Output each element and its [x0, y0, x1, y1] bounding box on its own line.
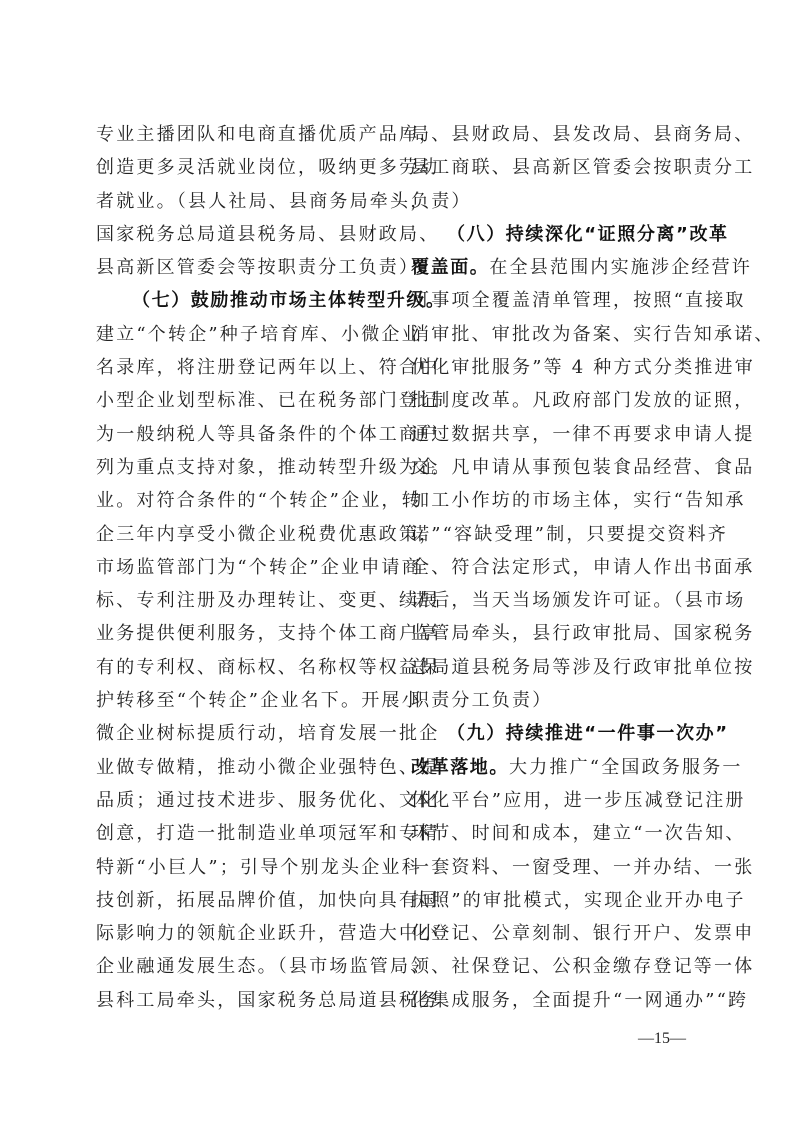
- text-line: 化登记、公章刻制、银行开户、发票申: [411, 917, 701, 950]
- text-line: 化集成服务，全面提升“一网通办”“跨: [411, 984, 701, 1017]
- text-line: 业。对符合条件的“个转企”企业，转: [96, 484, 386, 517]
- text-line: 交。凡申请从事预包装食品经营、食品: [411, 451, 701, 484]
- text-line: 建立“个转企”种子培育库、小微企业: [96, 318, 386, 351]
- text-run: 在全县范围内实施涉企经营许: [489, 257, 752, 278]
- section-heading-9-end: 改革落地。: [411, 757, 509, 778]
- text-line: 环节、时间和成本，建立“一次告知、: [411, 817, 701, 850]
- text-run: 大力推广“全国政务服务一: [509, 757, 743, 778]
- text-line: 执照”的审批模式，实现企业开办电子: [411, 884, 701, 917]
- text-line: 名录库，将注册登记两年以上、符合中: [96, 351, 386, 384]
- text-line: 全、符合法定形式，申请人作出书面承: [411, 551, 701, 584]
- text-line: 企业融通发展生态。（县市场监管局、: [96, 950, 386, 983]
- text-line: 总局道县税务局等涉及行政审批单位按: [411, 651, 701, 684]
- text-line: 改革落地。大力推广“全国政务服务一: [411, 751, 701, 784]
- page-number: —15—: [638, 1030, 686, 1048]
- text-line: 有的专利权、商标权、名称权等权益保: [96, 651, 386, 684]
- right-column: 局、县财政局、县发改局、县商务局、 县工商联、县高新区管委会按职责分工 负责） …: [411, 118, 701, 1017]
- text-line: 负责）: [411, 185, 701, 218]
- text-line: 县高新区管委会等按职责分工负责）: [96, 251, 386, 284]
- text-line: 企三年内享受小微企业税费优惠政策，: [96, 518, 386, 551]
- text-line: 列为重点支持对象，推动转型升级为企: [96, 451, 386, 484]
- section-heading-9: （九）持续推进“一件事一次办”: [411, 717, 701, 750]
- text-line: 职责分工负责）: [411, 684, 701, 717]
- text-line: 业务提供便利服务，支持个体工商户享: [96, 617, 386, 650]
- text-line: 消审批、审批改为备案、实行告知承诺、: [411, 318, 701, 351]
- text-line: 技创新，拓展品牌价值，加快向具有国: [96, 884, 386, 917]
- text-line: 为一般纳税人等具备条件的个体工商户: [96, 418, 386, 451]
- text-line: 优化审批服务”等 4 种方式分类推进审: [411, 351, 701, 384]
- text-line: 市场监管部门为“个转企”企业申请商: [96, 551, 386, 584]
- section-heading-7: （七）鼓励推动市场主体转型升级。: [96, 284, 386, 317]
- text-line: 专业主播团队和电商直播优质产品库，: [96, 118, 386, 151]
- text-line: 局、县财政局、县发改局、县商务局、: [411, 118, 701, 151]
- text-line: 国家税务总局道县税务局、县财政局、: [96, 218, 386, 251]
- text-line: 护转移至“个转企”企业名下。开展小: [96, 684, 386, 717]
- text-line: 创造更多灵活就业岗位，吸纳更多劳动: [96, 151, 386, 184]
- text-line: 县科工局牵头，国家税务总局道县税务: [96, 984, 386, 1017]
- text-line: 通过数据共享，一律不再要求申请人提: [411, 418, 701, 451]
- text-line: 品质；通过技术进步、服务优化、文化: [96, 784, 386, 817]
- text-line: 覆盖面。在全县范围内实施涉企经营许: [411, 251, 701, 284]
- text-line: 际影响力的领航企业跃升，营造大中小: [96, 917, 386, 950]
- text-line: 诺后，当天当场颁发许可证。（县市场: [411, 584, 701, 617]
- text-line: 批制度改革。凡政府部门发放的证照，: [411, 384, 701, 417]
- text-line: 小型企业划型标准、已在税务部门登记: [96, 384, 386, 417]
- text-line: 标、专利注册及办理转让、变更、续展: [96, 584, 386, 617]
- text-line: 诺”“容缺受理”制，只要提交资料齐: [411, 518, 701, 551]
- text-line: 领、社保登记、公积金缴存登记等一体: [411, 950, 701, 983]
- text-line: 业做专做精，推动小微企业强特色、提: [96, 751, 386, 784]
- section-heading-8-end: 覆盖面。: [411, 257, 489, 278]
- text-line: 特新“小巨人”；引导个别龙头企业科: [96, 851, 386, 884]
- text-line: 加工小作坊的市场主体，实行“告知承: [411, 484, 701, 517]
- text-line: 可事项全覆盖清单管理，按照“直接取: [411, 284, 701, 317]
- text-line: 县工商联、县高新区管委会按职责分工: [411, 151, 701, 184]
- left-column: 专业主播团队和电商直播优质产品库， 创造更多灵活就业岗位，吸纳更多劳动 者就业。…: [96, 118, 386, 1017]
- text-line: 微企业树标提质行动，培育发展一批企: [96, 717, 386, 750]
- text-line: 监管局牵头，县行政审批局、国家税务: [411, 617, 701, 650]
- section-heading-8: （八）持续深化“证照分离”改革: [411, 218, 701, 251]
- text-line: 一套资料、一窗受理、一并办结、一张: [411, 851, 701, 884]
- text-line: 者就业。（县人社局、县商务局牵头，: [96, 185, 386, 218]
- text-line: 体化平台”应用，进一步压减登记注册: [411, 784, 701, 817]
- text-line: 创意，打造一批制造业单项冠军和专精: [96, 817, 386, 850]
